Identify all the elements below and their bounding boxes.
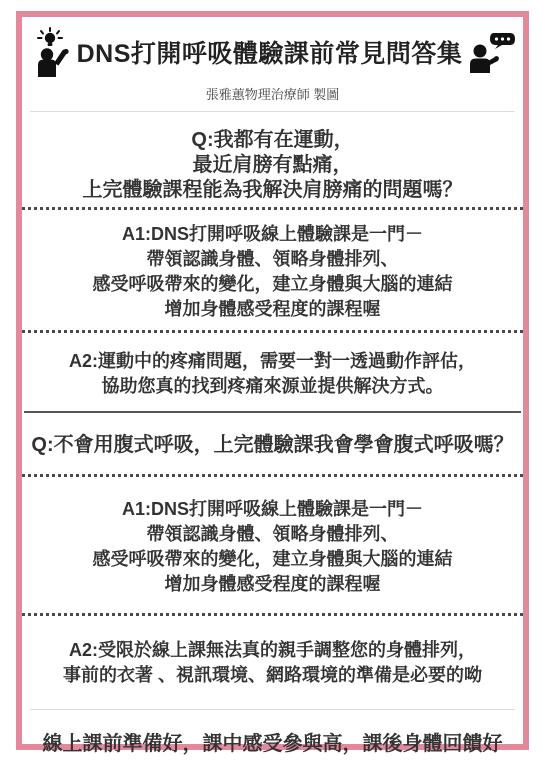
question-1-line: Q:我都有在運動， [22, 128, 523, 153]
dotted-divider [22, 613, 523, 616]
poster-content: DNS打開呼吸體驗課前常見問答集 張雅蕙物理治療師 製 [22, 17, 523, 744]
answer-2-1-line: 感受呼吸帶來的變化，建立身體與大腦的連結 [22, 547, 523, 572]
answer-2-1-line: 增加身體感受程度的課程喔 [22, 572, 523, 597]
header: DNS打開呼吸體驗課前常見問答集 [22, 27, 523, 77]
answer-1-1-line: 增加身體感受程度的課程喔 [22, 297, 523, 322]
answer-2-1: A1:DNS打開呼吸線上體驗課是一門－ 帶領認識身體、領略身體排列、 感受呼吸帶… [22, 497, 523, 597]
answer-2-1-line: 帶領認識身體、領略身體排列、 [22, 522, 523, 547]
faq-poster: DNS打開呼吸體驗課前常見問答集 張雅蕙物理治療師 製 [0, 0, 547, 768]
dotted-divider [22, 207, 523, 210]
question-1-line: 最近肩膀有點痛， [22, 153, 523, 178]
answer-1-1-line: 感受呼吸帶來的變化，建立身體與大腦的連結 [22, 272, 523, 297]
chat-person-icon [468, 31, 516, 73]
question-1-line: 上完體驗課程能為我解決肩膀痛的問題嗎？ [22, 178, 523, 203]
question-2-line: Q:不會用腹式呼吸，上完體驗課我會學會腹式呼吸嗎？ [22, 433, 523, 458]
footer-divider [30, 709, 515, 710]
answer-2-2-line: 事前的衣著 、視訊環境、網路環境的準備是必要的呦 [22, 663, 523, 688]
header-divider [30, 111, 515, 112]
answer-2-2: A2:受限於線上課無法真的親手調整您的身體排列， 事前的衣著 、視訊環境、網路環… [22, 638, 523, 688]
answer-2-2-line: A2:受限於線上課無法真的親手調整您的身體排列， [22, 638, 523, 663]
question-1: Q:我都有在運動， 最近肩膀有點痛， 上完體驗課程能為我解決肩膀痛的問題嗎？ [22, 128, 523, 203]
footer-slogan: 線上課前準備好，課中感受參與高，課後身體回饋好 [22, 727, 523, 756]
answer-2-1-line: A1:DNS打開呼吸線上體驗課是一門－ [22, 497, 523, 522]
author-credit: 張雅蕙物理治療師 製圖 [22, 84, 523, 103]
question-2: Q:不會用腹式呼吸，上完體驗課我會學會腹式呼吸嗎？ [22, 433, 523, 458]
answer-1-1-line: A1:DNS打開呼吸線上體驗課是一門－ [22, 222, 523, 247]
dotted-divider [22, 330, 523, 333]
page-title: DNS打開呼吸體驗課前常見問答集 [77, 34, 463, 70]
answer-1-2: A2:運動中的疼痛問題，需要一對一透過動作評估， 協助您真的找到疼痛來源並提供解… [22, 349, 523, 399]
answer-1-2-line: A2:運動中的疼痛問題，需要一對一透過動作評估， [22, 349, 523, 374]
idea-person-icon [29, 27, 71, 77]
answer-1-1: A1:DNS打開呼吸線上體驗課是一門－ 帶領認識身體、領略身體排列、 感受呼吸帶… [22, 222, 523, 322]
answer-1-2-line: 協助您真的找到疼痛來源並提供解決方式。 [22, 374, 523, 399]
answer-1-1-line: 帶領認識身體、領略身體排列、 [22, 247, 523, 272]
section-divider [24, 411, 521, 413]
dotted-divider [22, 474, 523, 477]
